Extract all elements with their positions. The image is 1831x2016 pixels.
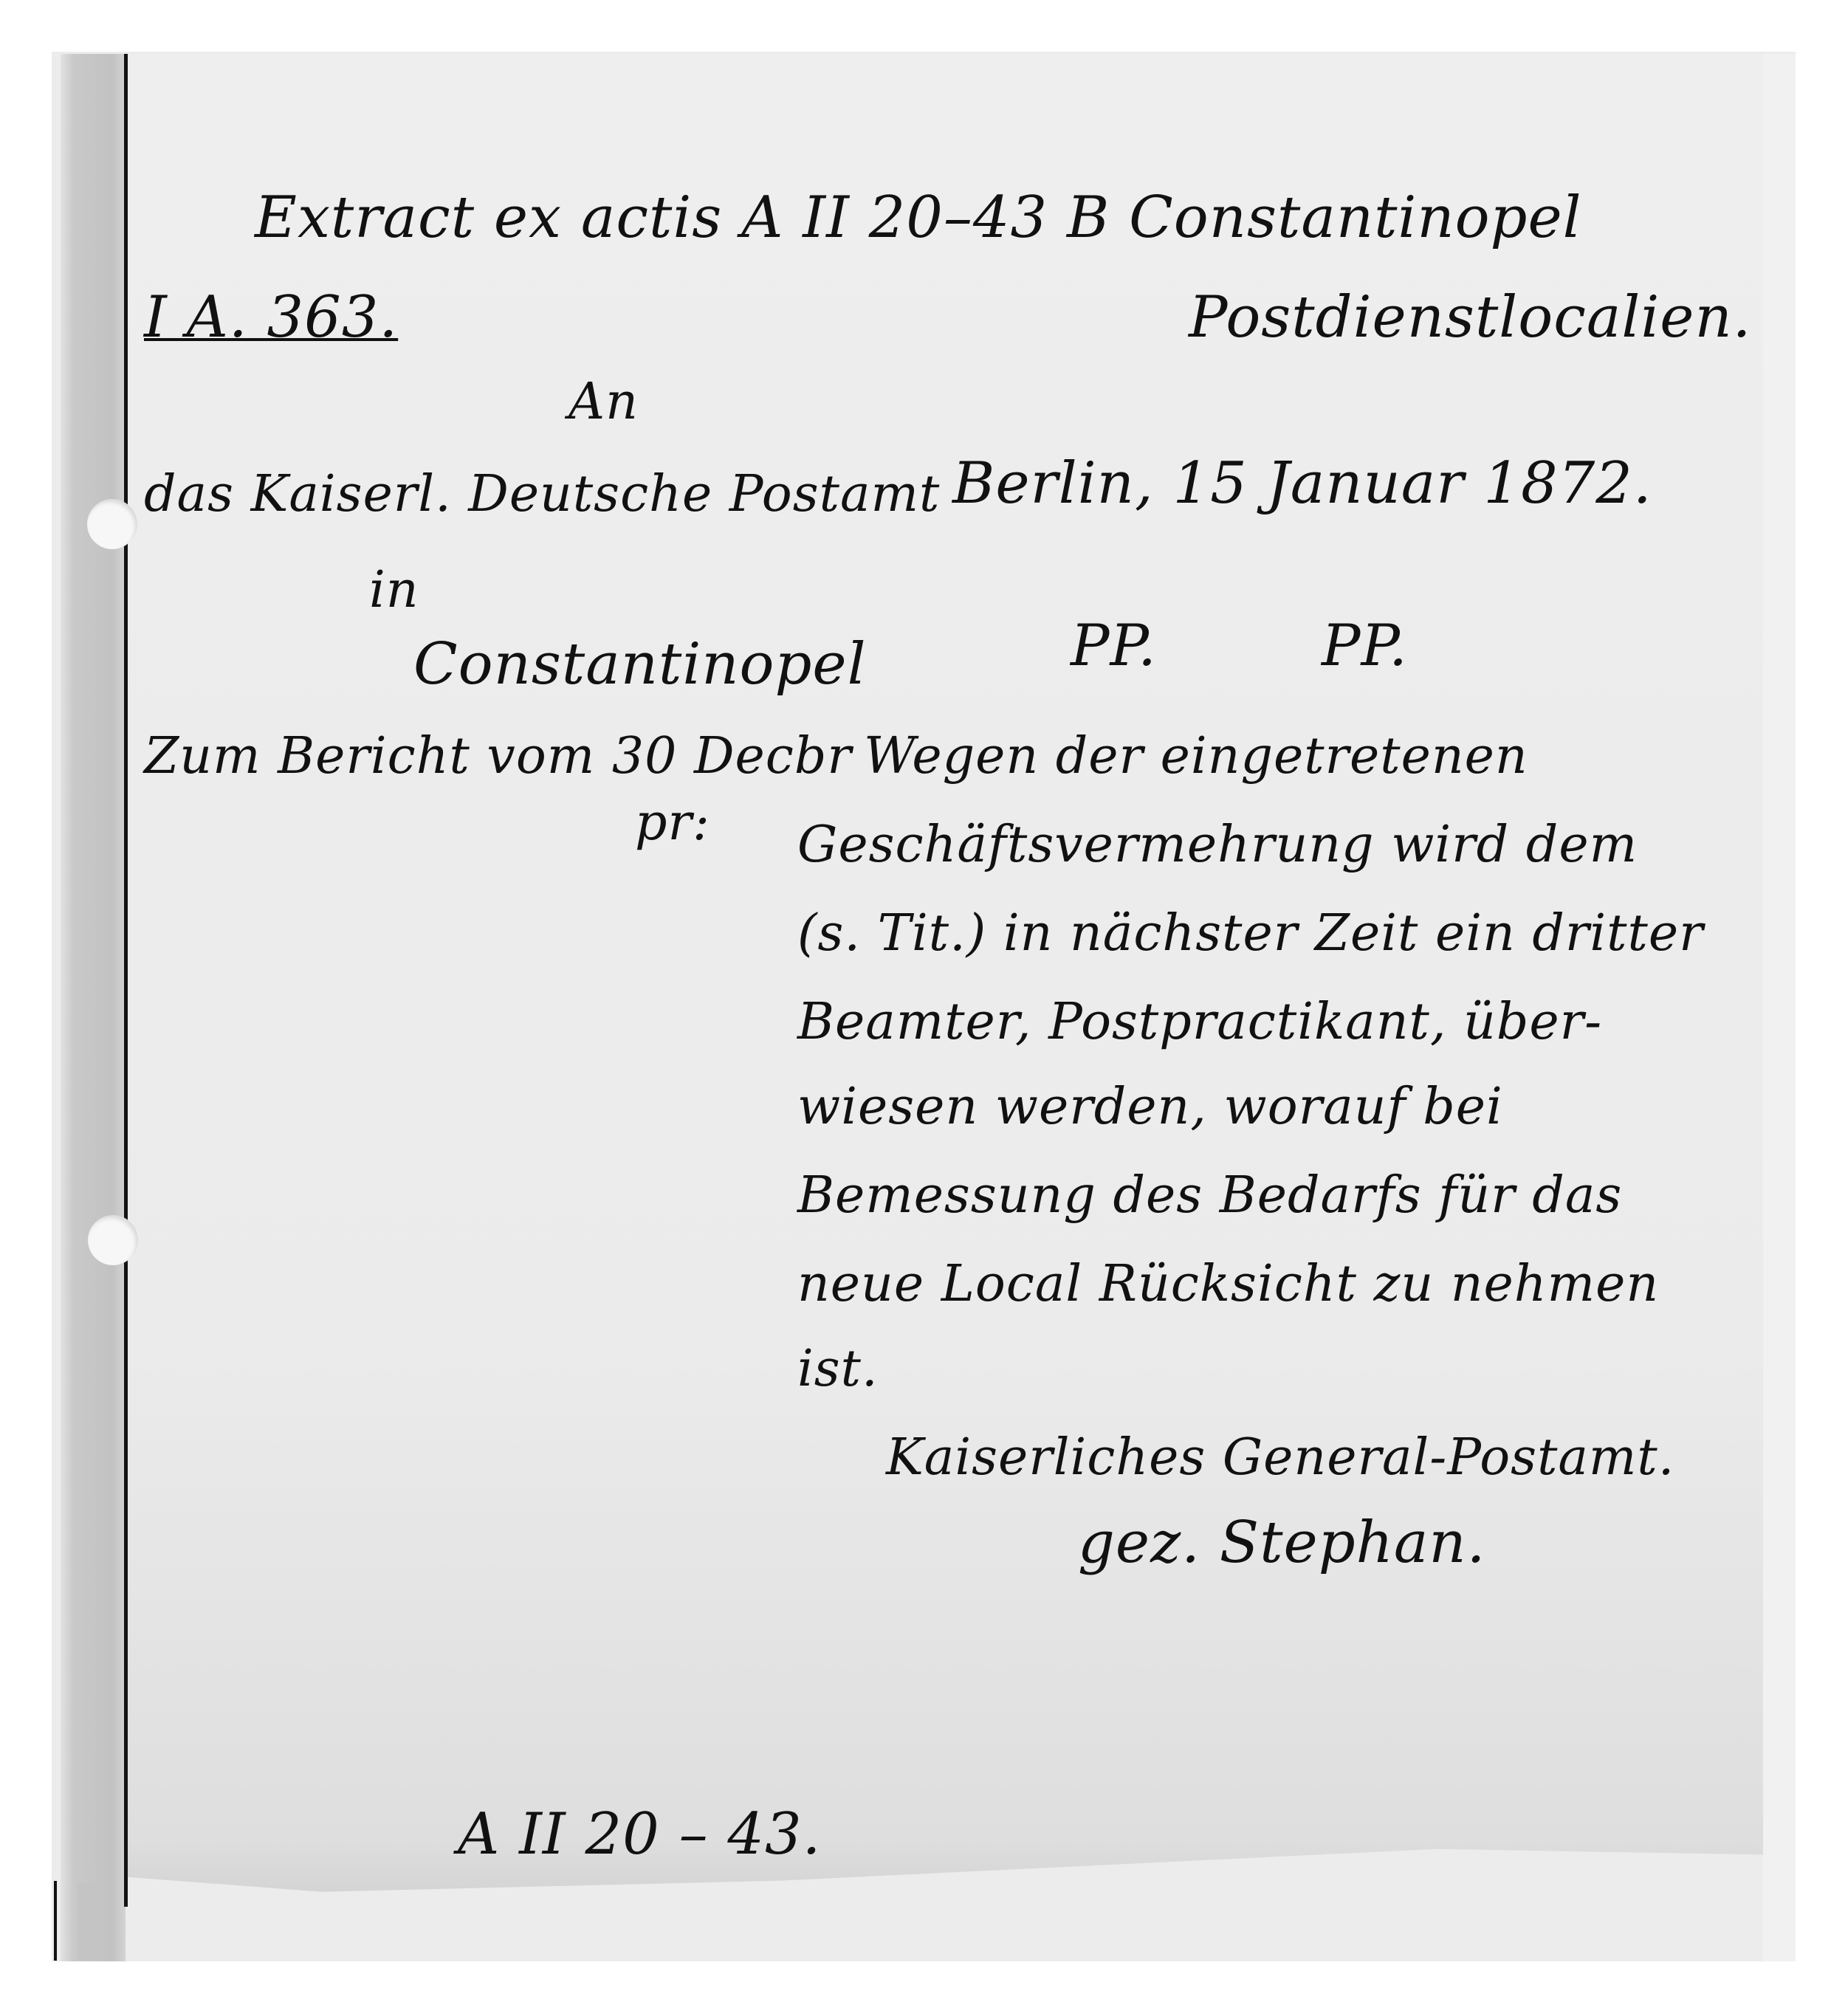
body-line-2: Geschäftsvermehrung wird dem xyxy=(797,816,1638,874)
address-in: in xyxy=(369,561,419,619)
address-preposition: An xyxy=(568,373,639,431)
closing-signature: gez. Stephan. xyxy=(1078,1510,1485,1576)
binding-strip xyxy=(61,54,126,1961)
footer-reference: A II 20 – 43. xyxy=(458,1801,821,1868)
journal-number: I A. 363. xyxy=(144,284,398,351)
binding-rule xyxy=(124,54,128,1907)
punch-hole-top xyxy=(87,499,137,549)
body-line-8: ist. xyxy=(797,1340,879,1398)
dateline: Berlin, 15 Januar 1872. xyxy=(952,450,1652,517)
body-line-6: Bemessung des Bedarfs für das xyxy=(797,1166,1622,1225)
address-recipient: das Kaiserl. Deutsche Postamt xyxy=(144,465,940,523)
salutation-2: PP. xyxy=(1322,613,1408,679)
address-reference: Zum Bericht vom 30 Decbr xyxy=(144,727,852,785)
header-subject-line: Postdienstlocalien. xyxy=(1189,284,1751,351)
salutation-1: PP. xyxy=(1071,613,1157,679)
body-line-3: (s. Tit.) in nächster Zeit ein dritter xyxy=(797,904,1704,963)
body-line-1: Wegen der eingetretenen xyxy=(864,727,1528,785)
punch-hole-bottom xyxy=(88,1215,138,1265)
address-reference-suffix: pr: xyxy=(635,794,710,852)
header-title-line: Extract ex actis A II 20–43 B Constantin… xyxy=(255,185,1582,251)
binding-edge-line xyxy=(54,1881,57,1961)
body-line-5: wiesen werden, worauf bei xyxy=(797,1078,1503,1136)
binding-strip-lower xyxy=(78,1882,96,1960)
closing-authority: Kaiserliches General-Postamt. xyxy=(886,1428,1674,1487)
body-line-7: neue Local Rücksicht zu nehmen xyxy=(797,1255,1659,1313)
right-paper-margin xyxy=(1763,54,1796,1961)
body-line-4: Beamter, Postpractikant, über- xyxy=(797,993,1602,1051)
address-place: Constantinopel xyxy=(413,631,867,698)
